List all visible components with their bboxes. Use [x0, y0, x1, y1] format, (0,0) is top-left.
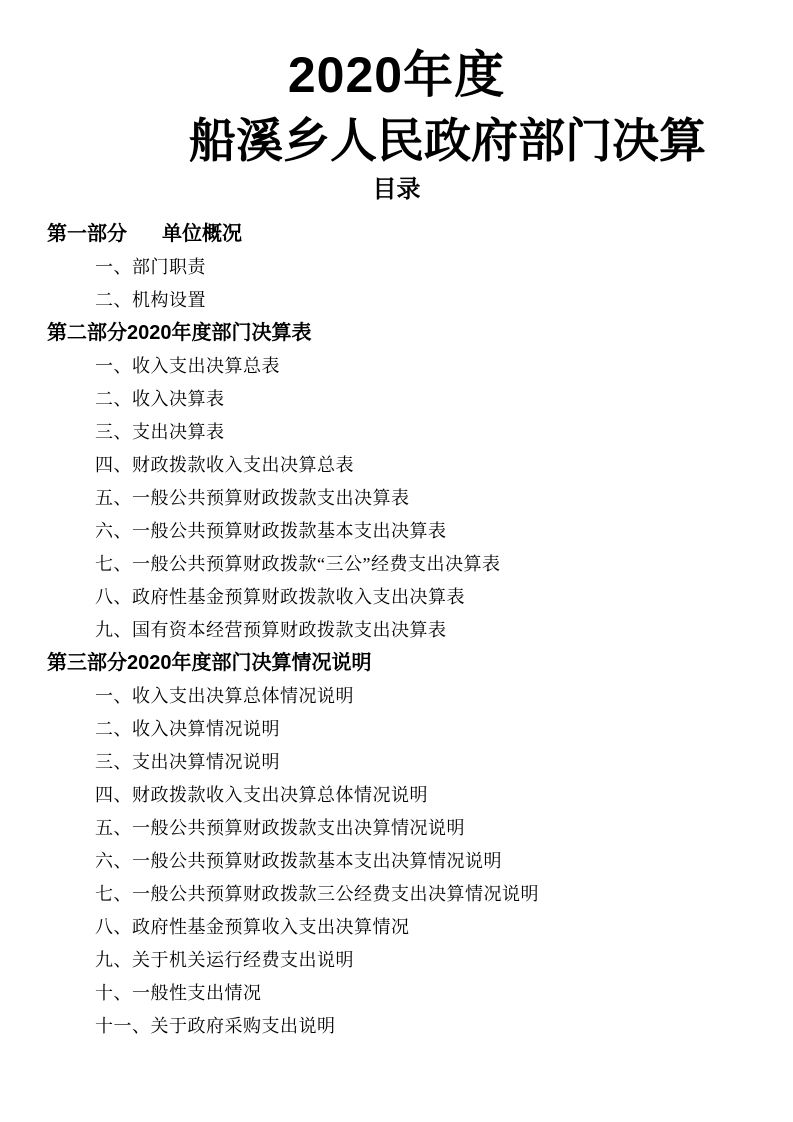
toc-item: 二、机构设置 [95, 284, 746, 317]
toc-item: 一、部门职责 [95, 251, 746, 284]
toc-section-part3: 第三部分2020年度部门决算情况说明 一、收入支出决算总体情况说明 二、收入决算… [47, 647, 746, 1043]
report-year-title: 2020年度 [47, 46, 746, 105]
toc-item: 十、一般性支出情况 [95, 977, 746, 1010]
section-heading-part1: 第一部分单位概况 [47, 218, 746, 251]
toc-item: 五、一般公共预算财政拨款支出决算表 [95, 482, 746, 515]
toc-item: 八、政府性基金预算财政拨款收入支出决算表 [95, 581, 746, 614]
toc-item: 二、收入决算表 [95, 383, 746, 416]
toc-item: 六、一般公共预算财政拨款基本支出决算表 [95, 515, 746, 548]
section-title: 单位概况 [162, 223, 242, 245]
toc-item: 八、政府性基金预算收入支出决算情况 [95, 911, 746, 944]
toc-item: 一、收入支出决算总体情况说明 [95, 680, 746, 713]
report-name-title: 船溪乡人民政府部门决算 [47, 113, 746, 168]
toc-heading: 目录 [47, 177, 746, 203]
section-heading-part2: 第二部分2020年度部门决算表 [47, 317, 746, 350]
section-number: 第二部分 [47, 322, 127, 344]
document-page: 2020年度 船溪乡人民政府部门决算 目录 第一部分单位概况 一、部门职责 二、… [0, 0, 793, 1122]
section-number: 第一部分 [47, 223, 127, 245]
toc-item: 六、一般公共预算财政拨款基本支出决算情况说明 [95, 845, 746, 878]
toc-section-part2: 第二部分2020年度部门决算表 一、收入支出决算总表 二、收入决算表 三、支出决… [47, 317, 746, 647]
section-heading-part3: 第三部分2020年度部门决算情况说明 [47, 647, 746, 680]
toc-item: 三、支出决算表 [95, 416, 746, 449]
section-title: 2020年度部门决算表 [127, 322, 312, 344]
toc-item: 一、收入支出决算总表 [95, 350, 746, 383]
toc-item: 四、财政拨款收入支出决算总表 [95, 449, 746, 482]
toc-item: 七、一般公共预算财政拨款三公经费支出决算情况说明 [95, 878, 746, 911]
toc-item: 四、财政拨款收入支出决算总体情况说明 [95, 779, 746, 812]
section-number: 第三部分 [47, 652, 127, 674]
toc-item: 七、一般公共预算财政拨款“三公”经费支出决算表 [95, 548, 746, 581]
section-title: 2020年度部门决算情况说明 [127, 652, 372, 674]
toc-item: 十一、关于政府采购支出说明 [95, 1010, 746, 1043]
toc-item: 二、收入决算情况说明 [95, 713, 746, 746]
toc-item: 九、关于机关运行经费支出说明 [95, 944, 746, 977]
toc-item: 五、一般公共预算财政拨款支出决算情况说明 [95, 812, 746, 845]
toc-item: 三、支出决算情况说明 [95, 746, 746, 779]
toc-item: 九、国有资本经营预算财政拨款支出决算表 [95, 614, 746, 647]
toc-section-part1: 第一部分单位概况 一、部门职责 二、机构设置 [47, 218, 746, 317]
